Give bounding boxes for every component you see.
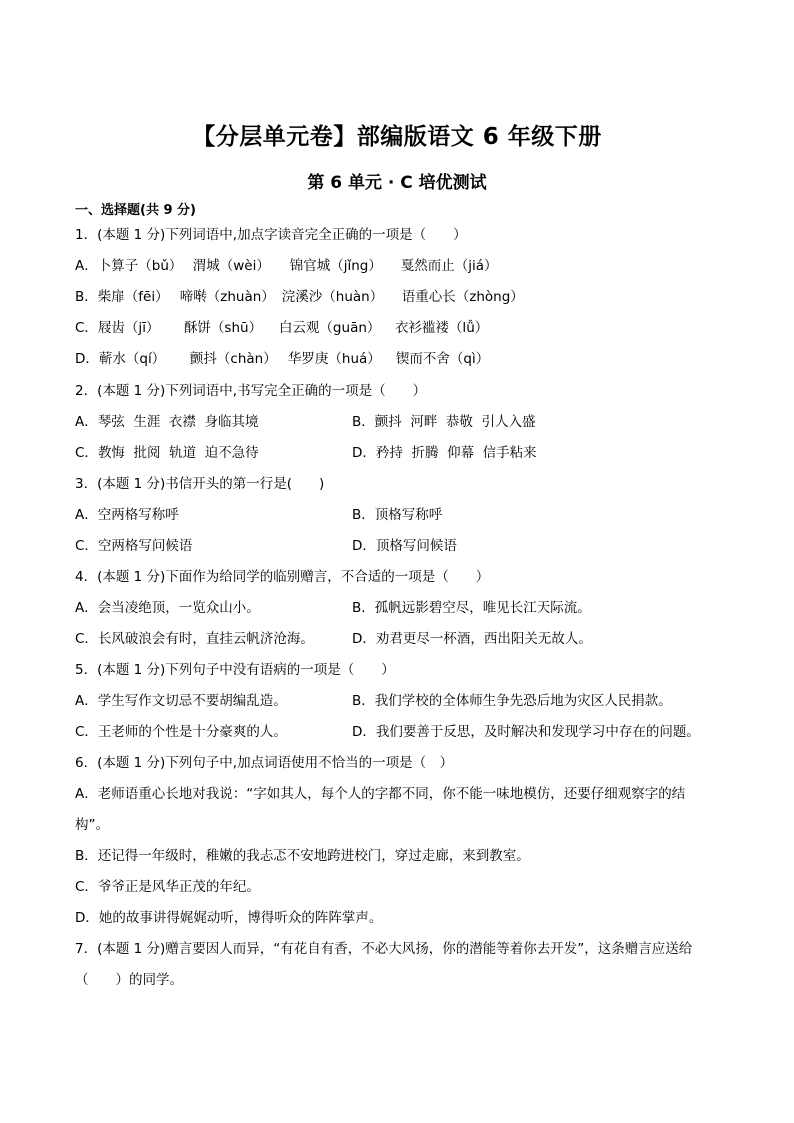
option-label: C． (75, 320, 98, 336)
question-1-option-d: D．蕲水（qí）颤抖（chàn）华罗庚（huá）锲而不舍（qì） (75, 350, 489, 368)
question-1-option-c: C．屐齿（jī）酥饼（shū）白云观（guān）衣衫褴褛（lǚ） (75, 319, 488, 337)
question-4-option-a: A．会当凌绝顶，一览众山小。 (75, 599, 352, 617)
question-2-option-c: C．教悔 批阅 轨道 迫不急待 (75, 444, 352, 462)
question-6-option-a-continued: 构”。 (75, 816, 109, 834)
question-3-option-b: B．顶格写称呼 (352, 507, 442, 523)
option-label: D． (75, 351, 99, 367)
question-4-options-row-2: C．长风破浪会有时，直挂云帆济沧海。D．劝君更尽一杯酒，西出阳关无故人。 (75, 630, 592, 648)
question-3-options-row-2: C．空两格写问候语D．顶格写问候语 (75, 537, 457, 555)
question-1-option-a: A．卜算子（bǔ）渭城（wèi）锦官城（jǐng）戛然而止（jiá） (75, 257, 498, 275)
question-2-option-d: D．矜持 折腾 仰幕 信手粘来 (352, 445, 537, 461)
question-1-stem: 1．(本题 1 分)下列词语中,加点字读音完全正确的一项是（ ） (75, 226, 467, 244)
question-4-option-b: B．孤帆远影碧空尽，唯见长江天际流。 (352, 600, 591, 616)
question-6-option-b: B．还记得一年级时，稚嫩的我忐忑不安地跨进校门，穿过走廊，来到教室。 (75, 847, 530, 865)
question-7-stem-continued: （ ）的同学。 (75, 971, 183, 989)
question-4-option-d: D．劝君更尽一杯酒，西出阳关无故人。 (352, 631, 592, 647)
question-4-stem: 4．(本题 1 分)下面作为给同学的临别赠言，不合适的一项是（ ） (75, 568, 489, 586)
question-3-option-c: C．空两格写问候语 (75, 537, 352, 555)
question-3-stem: 3．(本题 1 分)书信开头的第一行是( ) (75, 475, 324, 493)
question-2-stem: 2．(本题 1 分)下列词语中,书写完全正确的一项是（ ） (75, 382, 426, 400)
document-subtitle: 第 6 单元 · C 培优测试 (0, 168, 794, 193)
question-5-options-row-2: C．王老师的个性是十分豪爽的人。D．我们要善于反思，及时解决和发现学习中存在的问… (75, 723, 700, 741)
question-6-option-c: C．爷爷正是风华正茂的年纪。 (75, 878, 260, 896)
question-5-option-d: D．我们要善于反思，及时解决和发现学习中存在的问题。 (352, 724, 700, 740)
question-2-option-a: A．琴弦 生涯 衣襟 身临其境 (75, 413, 352, 431)
section-heading: 一、选择题(共 9 分) (75, 199, 196, 218)
question-6-stem: 6．(本题 1 分)下列句子中,加点词语使用不恰当的一项是（ ） (75, 754, 453, 772)
question-4-options-row-1: A．会当凌绝顶，一览众山小。B．孤帆远影碧空尽，唯见长江天际流。 (75, 599, 591, 617)
question-3-option-d: D．顶格写问候语 (352, 538, 457, 554)
option-label: B． (75, 289, 98, 305)
question-1-option-b: B．柴扉（fēi）啼啭（zhuàn）浣溪沙（huàn）语重心长（zhòng） (75, 288, 524, 306)
question-4-option-c: C．长风破浪会有时，直挂云帆济沧海。 (75, 630, 352, 648)
document-page: 【分层单元卷】部编版语文 6 年级下册 第 6 单元 · C 培优测试 一、选择… (0, 0, 794, 1123)
option-label: A． (75, 258, 98, 274)
question-7-stem: 7．(本题 1 分)赠言要因人而异，“有花自有香，不必大风扬，你的潜能等着你去开… (75, 940, 692, 958)
question-2-options-row-2: C．教悔 批阅 轨道 迫不急待D．矜持 折腾 仰幕 信手粘来 (75, 444, 537, 462)
question-6-option-d: D．她的故事讲得娓娓动听，博得听众的阵阵掌声。 (75, 909, 382, 927)
question-3-option-a: A．空两格写称呼 (75, 506, 352, 524)
question-6-option-a: A．老师语重心长地对我说：“字如其人，每个人的字都不同，你不能一味地模仿，还要仔… (75, 785, 685, 803)
document-title: 【分层单元卷】部编版语文 6 年级下册 (0, 118, 794, 151)
question-5-option-c: C．王老师的个性是十分豪爽的人。 (75, 723, 352, 741)
question-5-option-a: A．学生写作文切忌不要胡编乱造。 (75, 692, 352, 710)
question-5-options-row-1: A．学生写作文切忌不要胡编乱造。B．我们学校的全体师生争先恐后地为灾区人民捐款。 (75, 692, 672, 710)
question-2-option-b: B．颤抖 河畔 恭敬 引人入盛 (352, 414, 536, 430)
question-5-option-b: B．我们学校的全体师生争先恐后地为灾区人民捐款。 (352, 693, 672, 709)
question-3-options-row-1: A．空两格写称呼B．顶格写称呼 (75, 506, 442, 524)
question-5-stem: 5．(本题 1 分)下列句子中没有语病的一项是（ ） (75, 661, 395, 679)
question-2-options-row-1: A．琴弦 生涯 衣襟 身临其境B．颤抖 河畔 恭敬 引人入盛 (75, 413, 536, 431)
